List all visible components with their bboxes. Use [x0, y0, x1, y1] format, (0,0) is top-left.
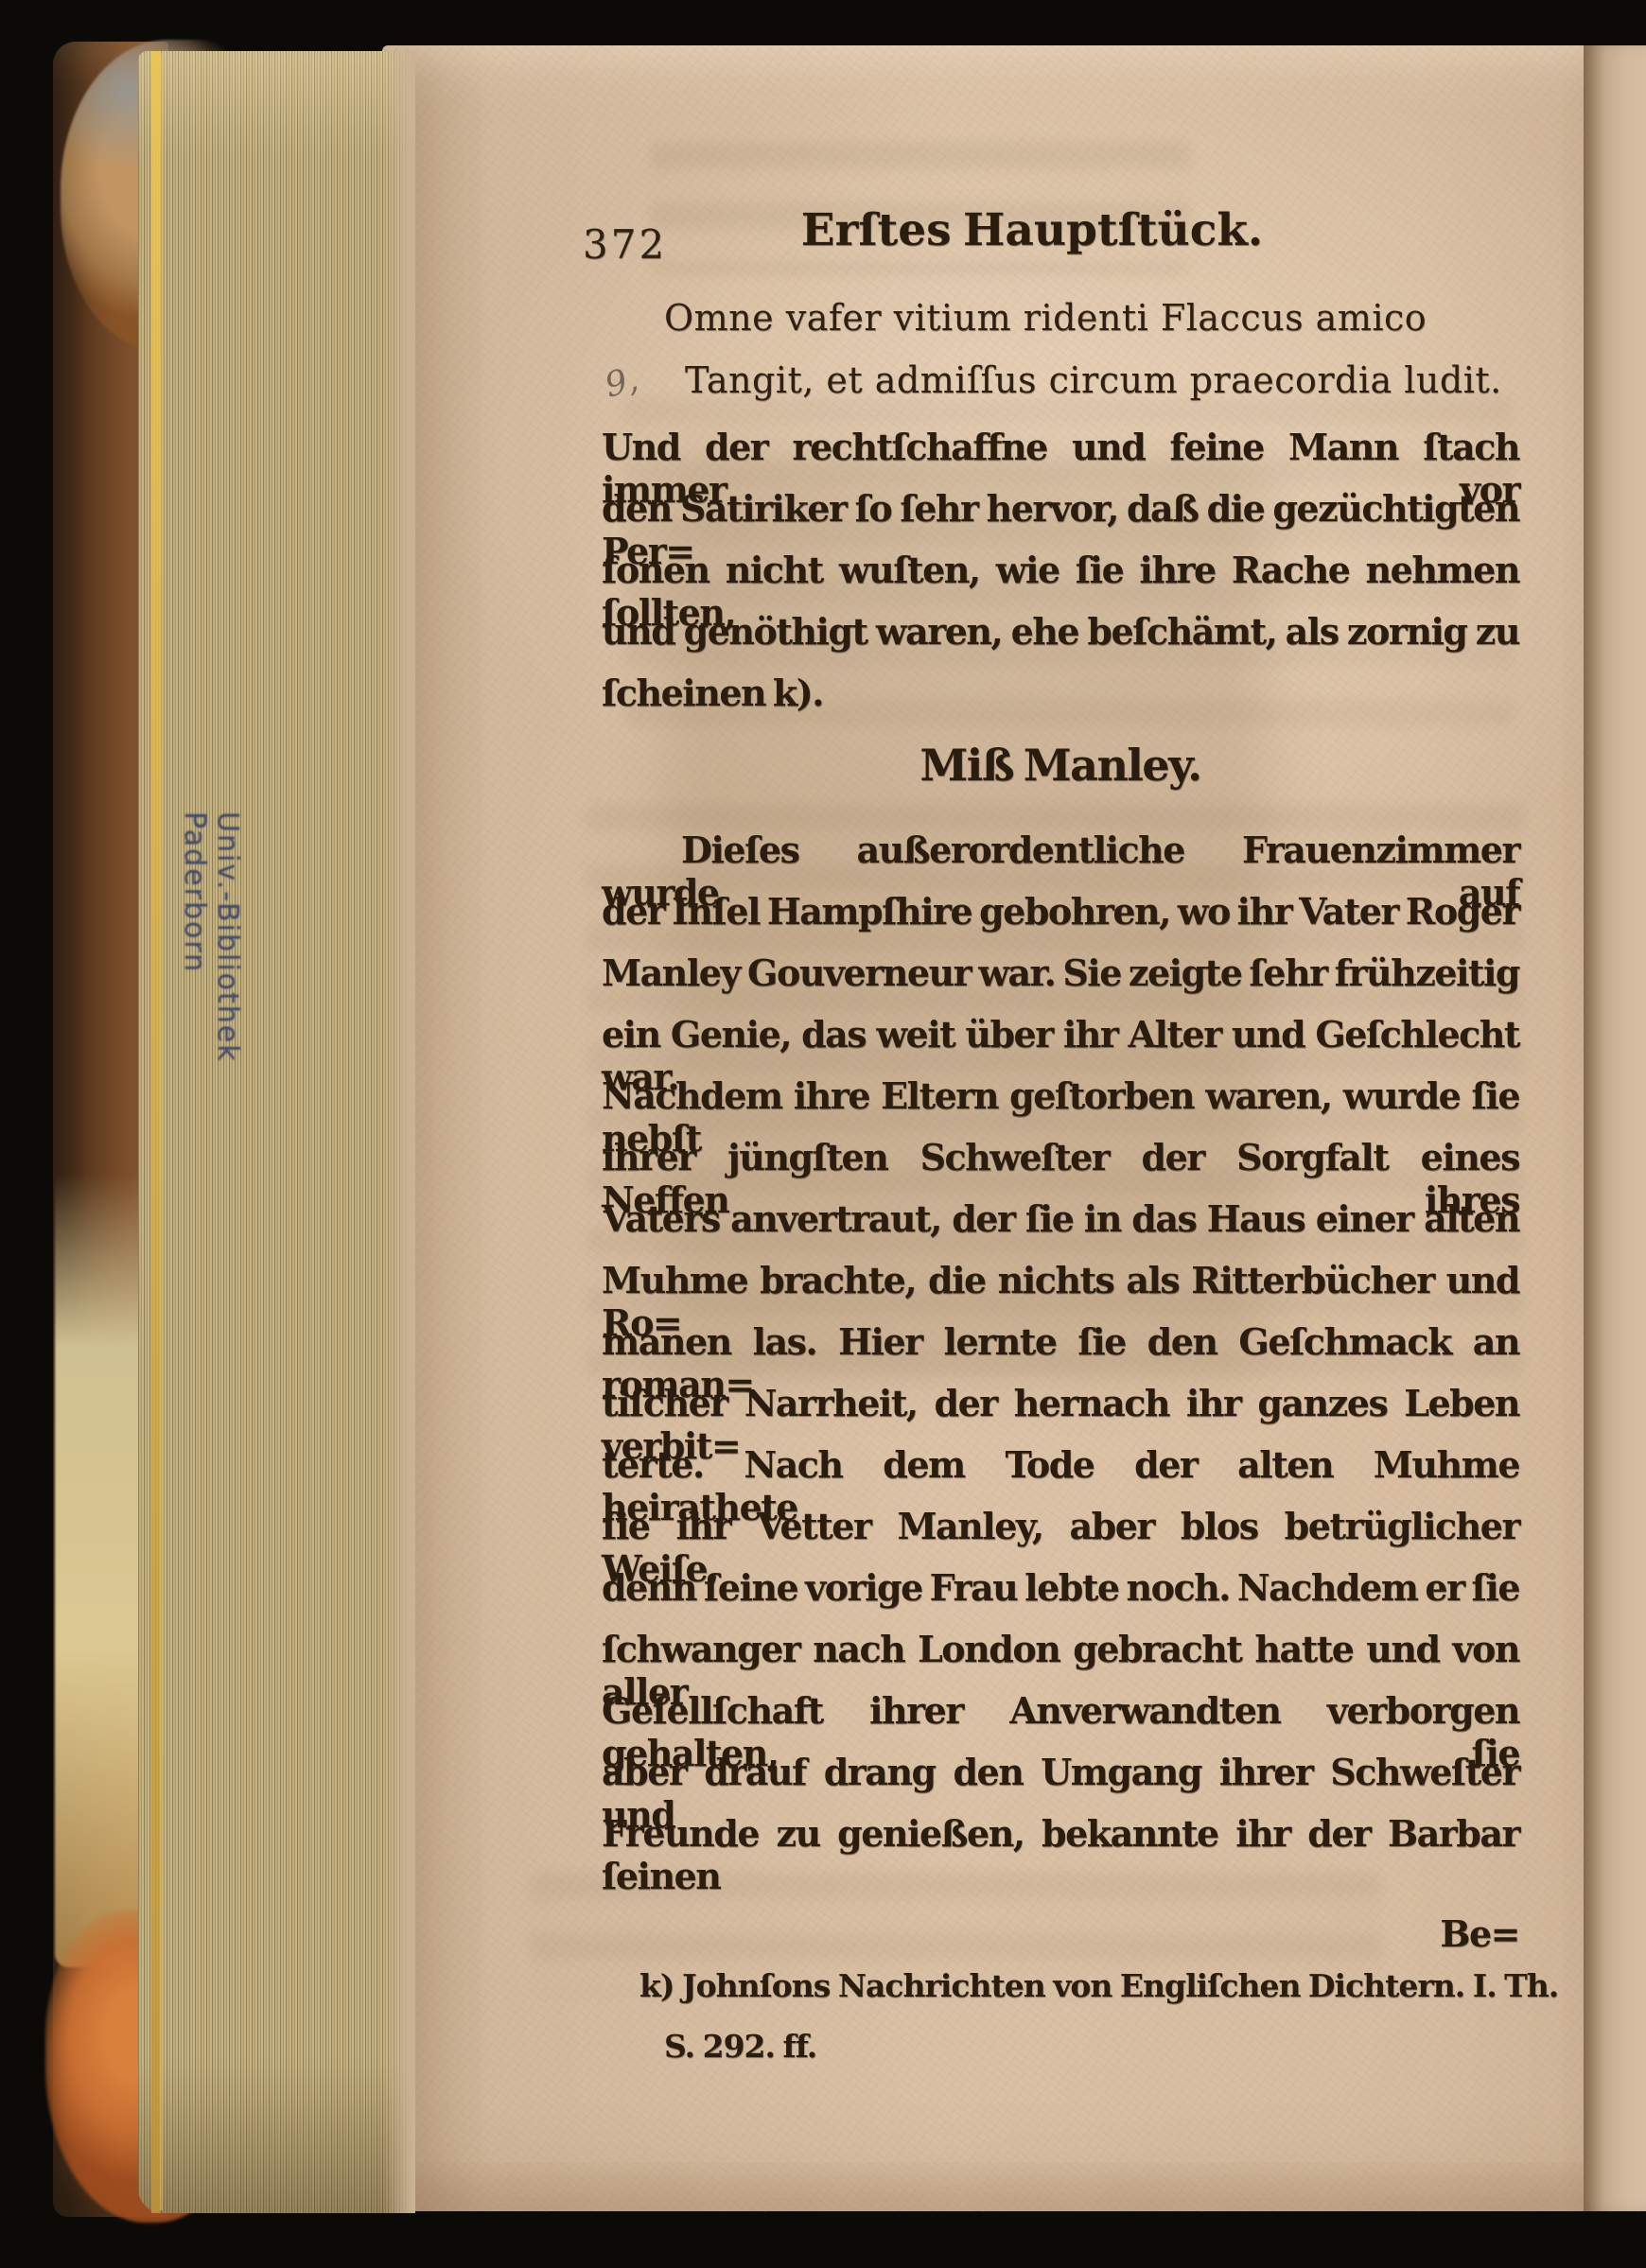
book-scan: Univ.-Bibliothek Paderborn 372 Erſtes Ha… [0, 0, 1646, 2268]
text-line: Freunde zu genießen, bekannte ihr der Ba… [602, 1812, 1519, 1897]
text-line: Manley Gouverneur war. Sie zeigte ſehr f… [602, 951, 1519, 994]
gutter-crease [1584, 45, 1646, 2211]
stamp-line: Paderborn [178, 811, 211, 1228]
section-heading: Miß Manley. [602, 740, 1519, 791]
library-stamp: Univ.-Bibliothek Paderborn [178, 811, 244, 1228]
text-line: und genöthigt waren, ehe beſchämt, als z… [602, 610, 1519, 653]
footnote-line: k) Johnſons Nachrichten von Engliſchen D… [639, 1967, 1558, 2004]
running-header: Erſtes Hauptſtück. [573, 204, 1491, 256]
text-line: ſcheinen k). [602, 672, 1519, 714]
footnote-line: S. 292. ff. [664, 2028, 816, 2065]
gilt-edge-line [151, 51, 160, 2213]
latin-quote-line: Tangit, et admiſſus circum praecordia lu… [685, 359, 1502, 401]
text-line: Vaters anvertraut, der ſie in das Haus e… [602, 1197, 1519, 1240]
text-line: denn ſeine vorige Frau lebte noch. Nachd… [602, 1566, 1519, 1609]
stamp-line: Univ.-Bibliothek [211, 811, 244, 1228]
text-line: der Inſel Hampſhire gebohren, wo ihr Vat… [602, 890, 1519, 933]
catchword: Be= [602, 1912, 1519, 1955]
latin-quote-line: Omne vafer vitium ridenti Flaccus amico [664, 297, 1427, 339]
